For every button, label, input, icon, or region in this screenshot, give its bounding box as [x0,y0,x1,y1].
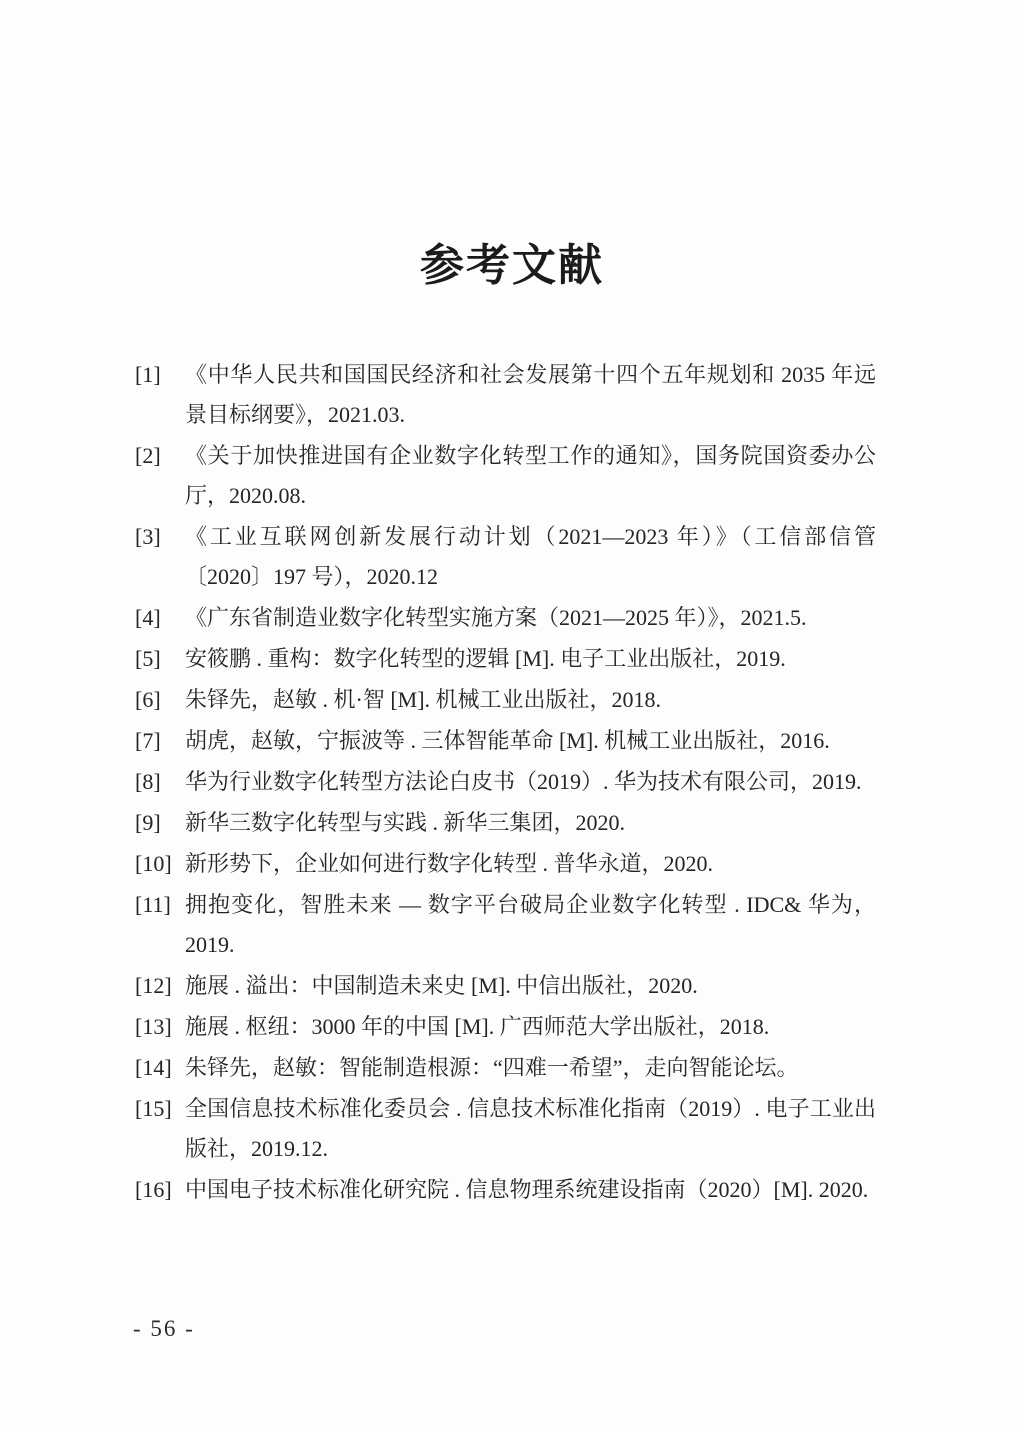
reference-number: [16] [135,1170,185,1210]
reference-number: [10] [135,844,185,884]
reference-entry: [15] 全国信息技术标准化委员会 . 信息技术标准化指南（2019）. 电子工… [135,1089,876,1169]
reference-entry: [4] 《广东省制造业数字化转型实施方案（2021—2025 年）》，2021.… [135,598,876,638]
reference-number: [6] [135,680,185,720]
reference-entry: [13] 施展 . 枢纽：3000 年的中国 [M]. 广西师范大学出版社，20… [135,1007,876,1047]
reference-text: 全国信息技术标准化委员会 . 信息技术标准化指南（2019）. 电子工业出版社，… [185,1089,876,1169]
reference-entry: [10] 新形势下，企业如何进行数字化转型 . 普华永道，2020. [135,844,876,884]
reference-entry: [8] 华为行业数字化转型方法论白皮书（2019）. 华为技术有限公司，2019… [135,762,876,802]
reference-text: 朱铎先，赵敏：智能制造根源：“四难一希望”，走向智能论坛。 [185,1048,876,1088]
reference-text: 施展 . 枢纽：3000 年的中国 [M]. 广西师范大学出版社，2018. [185,1007,876,1047]
reference-number: [15] [135,1089,185,1169]
reference-text: 新形势下，企业如何进行数字化转型 . 普华永道，2020. [185,844,876,884]
reference-text: 《中华人民共和国国民经济和社会发展第十四个五年规划和 2035 年远景目标纲要》… [185,355,876,435]
reference-text: 施展 . 溢出：中国制造未来史 [M]. 中信出版社，2020. [185,966,876,1006]
reference-entry: [5] 安筱鹏 . 重构：数字化转型的逻辑 [M]. 电子工业出版社，2019. [135,639,876,679]
reference-number: [14] [135,1048,185,1088]
document-page: 参考文献 [1] 《中华人民共和国国民经济和社会发展第十四个五年规划和 2035… [0,0,1024,1431]
reference-text: 《工业互联网创新发展行动计划（2021—2023 年）》（工信部信管〔2020〕… [185,517,876,597]
reference-number: [3] [135,517,185,597]
reference-number: [12] [135,966,185,1006]
page-title: 参考文献 [0,0,1024,293]
reference-text: 华为行业数字化转型方法论白皮书（2019）. 华为技术有限公司，2019. [185,762,876,802]
reference-entry: [11] 拥抱变化，智胜未来 — 数字平台破局企业数字化转型 . IDC& 华为… [135,885,876,965]
reference-number: [9] [135,803,185,843]
reference-text: 安筱鹏 . 重构：数字化转型的逻辑 [M]. 电子工业出版社，2019. [185,639,876,679]
reference-entry: [6] 朱铎先，赵敏 . 机·智 [M]. 机械工业出版社，2018. [135,680,876,720]
reference-number: [13] [135,1007,185,1047]
reference-text: 拥抱变化，智胜未来 — 数字平台破局企业数字化转型 . IDC& 华为，2019… [185,885,876,965]
reference-entry: [12] 施展 . 溢出：中国制造未来史 [M]. 中信出版社，2020. [135,966,876,1006]
reference-entry: [7] 胡虎，赵敏，宁振波等 . 三体智能革命 [M]. 机械工业出版社，201… [135,721,876,761]
reference-entry: [3] 《工业互联网创新发展行动计划（2021—2023 年）》（工信部信管〔2… [135,517,876,597]
reference-text: 胡虎，赵敏，宁振波等 . 三体智能革命 [M]. 机械工业出版社，2016. [185,721,876,761]
reference-text: 中国电子技术标准化研究院 . 信息物理系统建设指南（2020）[M]. 2020… [185,1170,876,1210]
reference-entry: [2] 《关于加快推进国有企业数字化转型工作的通知》，国务院国资委办公厅，202… [135,436,876,516]
reference-number: [1] [135,355,185,435]
reference-text: 新华三数字化转型与实践 . 新华三集团，2020. [185,803,876,843]
reference-number: [5] [135,639,185,679]
reference-number: [7] [135,721,185,761]
reference-entry: [1] 《中华人民共和国国民经济和社会发展第十四个五年规划和 2035 年远景目… [135,355,876,435]
reference-number: [8] [135,762,185,802]
reference-text: 《关于加快推进国有企业数字化转型工作的通知》，国务院国资委办公厅，2020.08… [185,436,876,516]
reference-number: [2] [135,436,185,516]
reference-number: [4] [135,598,185,638]
reference-text: 《广东省制造业数字化转型实施方案（2021—2025 年）》，2021.5. [185,598,876,638]
reference-number: [11] [135,885,185,965]
page-number: - 56 - [133,1316,195,1342]
reference-entry: [9] 新华三数字化转型与实践 . 新华三集团，2020. [135,803,876,843]
reference-text: 朱铎先，赵敏 . 机·智 [M]. 机械工业出版社，2018. [185,680,876,720]
reference-list: [1] 《中华人民共和国国民经济和社会发展第十四个五年规划和 2035 年远景目… [135,355,876,1210]
reference-entry: [14] 朱铎先，赵敏：智能制造根源：“四难一希望”，走向智能论坛。 [135,1048,876,1088]
reference-entry: [16] 中国电子技术标准化研究院 . 信息物理系统建设指南（2020）[M].… [135,1170,876,1210]
